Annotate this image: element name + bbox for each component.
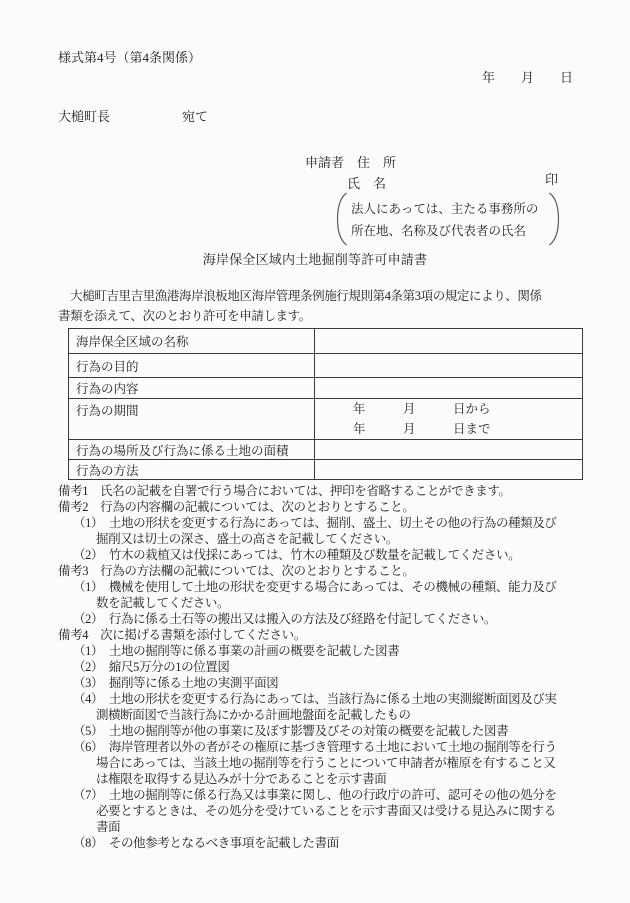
table-row-label: 海岸保全区域の名称: [69, 329, 315, 354]
note-line: 備考4 次に掲げる書類を添付してください。: [58, 627, 572, 643]
date-line: 年 月 日: [482, 70, 573, 85]
note-line: （1） 土地の形状を変更する行為にあっては、掘削、盛土、切土その他の行為の種類及…: [58, 515, 572, 547]
table-row-value: [315, 440, 583, 460]
document-title: 海岸保全区域内土地掘削等許可申請書: [0, 252, 630, 267]
seal-label: 印: [545, 172, 558, 187]
table-row-value: [315, 354, 583, 378]
applicant-address-label: 申請者 住 所: [305, 155, 396, 170]
document-page: 様式第4号（第4条関係） 年 月 日 大槌町長 宛て 申請者 住 所 氏 名 印…: [0, 0, 630, 903]
left-bracket-icon: [336, 192, 348, 251]
note-line: 備考1 氏名の記載を自署で行う場合においては、押印を省略することができます。: [58, 483, 572, 499]
note-line: （4） 土地の形状を変更する行為にあっては、当該行為に係る土地の実測縦断面図及び…: [58, 691, 572, 723]
table-row-label: 行為の目的: [69, 354, 315, 378]
note-line: （2） 行為に係る土石等の搬出又は搬入の方法及び経路を付記してください。: [58, 611, 572, 627]
note-line: （1） 機械を使用して土地の形状を変更する場合にあっては、その機械の種類、能力及…: [58, 579, 572, 611]
note-line: （6） 海岸管理者以外の者がその権原に基づき管理する土地において土地の掘削等を行…: [58, 739, 572, 787]
table-row-label: 行為の方法: [69, 460, 315, 480]
note-line: 備考3 行為の方法欄の記載については、次のとおりとすること。: [58, 563, 572, 579]
intro-paragraph: 大槌町吉里吉里漁港海岸浪板地区海岸管理条例施行規則第4条第3項の規定により、関係…: [58, 287, 572, 326]
table-row: 行為の場所及び行為に係る土地の面積: [69, 440, 583, 460]
table-row: 海岸保全区域の名称: [69, 329, 583, 354]
table-row-label: 行為の場所及び行為に係る土地の面積: [69, 440, 315, 460]
table-row: 行為の目的: [69, 354, 583, 378]
table-row-label: 行為の期間: [69, 399, 315, 440]
table-row-value: 年 月 日から 年 月 日まで: [315, 399, 583, 440]
note-line: （5） 土地の掘削等が他の事業に及ぼす影響及びその対策の概要を記載した図書: [58, 723, 572, 739]
note-line: （2） 竹木の栽植又は伐採にあっては、竹木の種類及び数量を記載してください。: [58, 547, 572, 563]
addressee-name: 大槌町長: [58, 109, 110, 124]
note-line: （3） 掘削等に係る土地の実測平面図: [58, 675, 572, 691]
period-from-line: 年 月 日から: [315, 400, 582, 419]
form-number: 様式第4号（第4条関係）: [58, 50, 201, 65]
right-bracket-icon: [548, 192, 560, 251]
table-row-value: [315, 329, 583, 354]
table-row: 行為の方法: [69, 460, 583, 480]
table-row-value: [315, 460, 583, 480]
table-row: 行為の期間 年 月 日から 年 月 日まで: [69, 399, 583, 440]
applicant-name-label: 氏 名: [347, 176, 386, 191]
table-row-value: [315, 378, 583, 399]
corporate-note-line2: 所在地、名称及び代表者の氏名: [351, 221, 526, 239]
note-line: 備考2 行為の内容欄の記載については、次のとおりとすること。: [58, 499, 572, 515]
note-line: （8） その他参考となるべき事項を記載した書面: [58, 835, 572, 851]
note-line: （2） 縮尺5万分の1の位置図: [58, 659, 572, 675]
corporate-note-line1: 法人にあっては、主たる事務所の: [351, 199, 538, 217]
table-row: 行為の内容: [69, 378, 583, 399]
application-table: 海岸保全区域の名称 行為の目的 行為の内容 行為の期間 年 月 日から 年 月 …: [68, 328, 583, 480]
addressee-suffix: 宛て: [182, 109, 208, 124]
note-line: （1） 土地の掘削等に係る事業の計画の概要を記載した図書: [58, 643, 572, 659]
note-line: （7） 土地の掘削等に係る行為又は事業に関し、他の行政庁の許可、認可その他の処分…: [58, 787, 572, 835]
notes-section: 備考1 氏名の記載を自署で行う場合においては、押印を省略することができます。 備…: [58, 483, 572, 851]
period-to-line: 年 月 日まで: [315, 420, 582, 439]
table-row-label: 行為の内容: [69, 378, 315, 399]
